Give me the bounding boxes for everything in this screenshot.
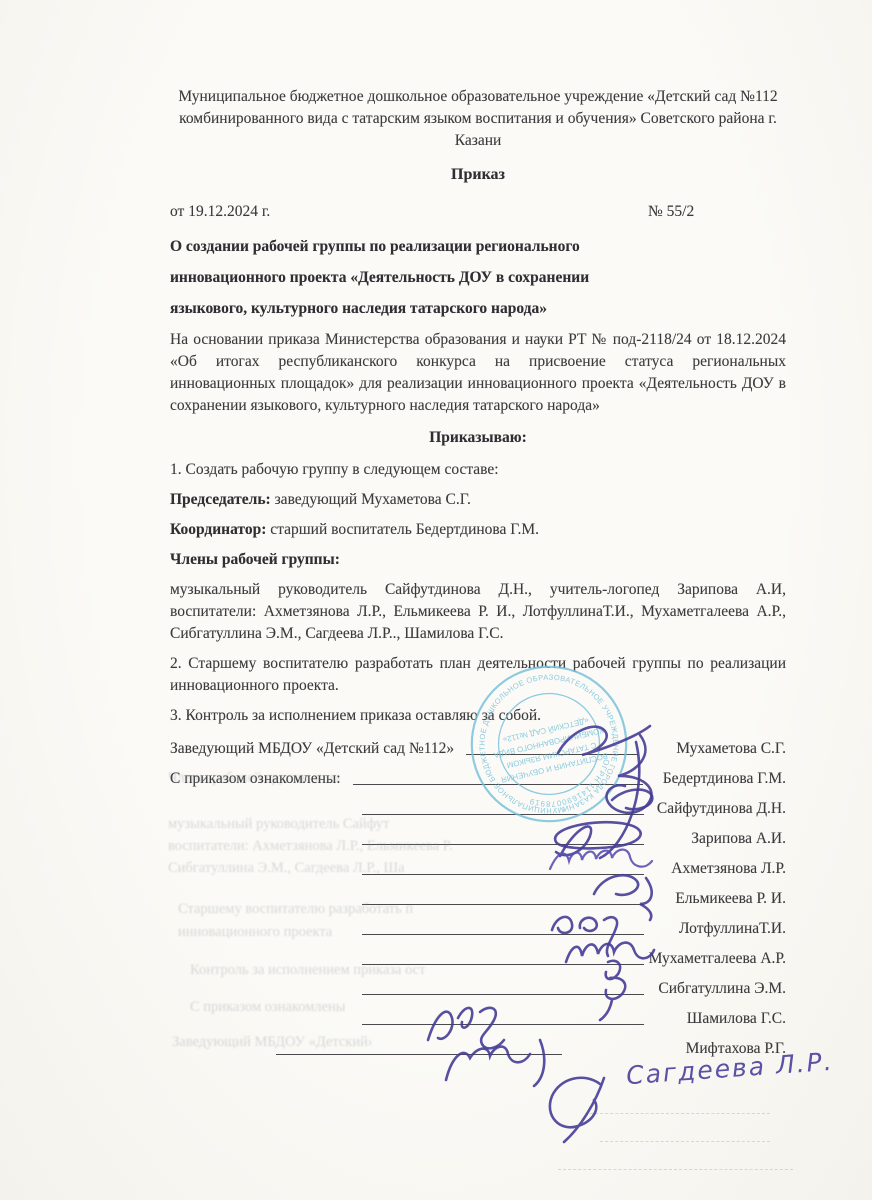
signature-name: Бедертдинова Г.М. xyxy=(663,768,786,792)
subject-line: О создании рабочей группы по реализации … xyxy=(170,236,786,258)
coordinator-label: Координатор: xyxy=(170,521,266,538)
chairman-line: Председатель: заведующий Мухаметова С.Г. xyxy=(170,489,786,511)
item-2: 2. Старшему воспитателю разработать план… xyxy=(170,653,786,697)
signature-line xyxy=(362,992,644,995)
document-number: № 55/2 xyxy=(648,201,694,223)
signature-name: Зарипова А.И. xyxy=(691,828,786,852)
signature-name: Мухаметова С.Г. xyxy=(676,738,786,762)
signature-line xyxy=(362,872,644,875)
org-header-line: комбинированного вида с татарским языком… xyxy=(170,108,786,130)
signature-name: Ахметзянова Л.Р. xyxy=(671,858,786,882)
document-body: Муниципальное бюджетное дошкольное образ… xyxy=(170,86,786,1062)
basis-paragraph: На основании приказа Министерства образо… xyxy=(170,329,786,417)
scan-artifact-line xyxy=(585,1113,770,1114)
signature-block: Заведующий МБДОУ «Детский сад №112»Мухам… xyxy=(170,732,786,1062)
members-paragraph: музыкальный руководитель Сайфутдинова Д.… xyxy=(170,579,786,645)
coordinator-line: Координатор: старший воспитатель Бедертд… xyxy=(170,519,786,541)
signature-row: Сибгатуллина Э.М. xyxy=(170,972,786,1002)
signature-row: Зарипова А.И. xyxy=(170,822,786,852)
subject-line: инновационного проекта «Деятельность ДОУ… xyxy=(170,267,786,289)
document-subject: О создании рабочей группы по реализации … xyxy=(170,236,786,320)
chairman-value: заведующий Мухаметова С.Г. xyxy=(275,491,471,508)
document-date: от 19.12.2024 г. xyxy=(170,201,270,223)
signature-row: С приказом ознакомлены:Бедертдинова Г.М. xyxy=(170,762,786,792)
date-number-row: от 19.12.2024 г. № 55/2 xyxy=(170,201,786,223)
signature-line xyxy=(276,1052,562,1055)
signature-line xyxy=(362,1022,644,1025)
signature-row: Шамилова Г.С. xyxy=(170,1002,786,1032)
scan-artifact-line xyxy=(558,1169,793,1170)
signature-row-label: С приказом ознакомлены: xyxy=(170,768,341,792)
signature-name: ЛотфуллинаТ.И. xyxy=(679,918,786,942)
org-header-line: Казани xyxy=(170,130,786,152)
signature-row-label: Заведующий МБДОУ «Детский сад №112» xyxy=(170,738,454,762)
signature-line xyxy=(362,812,644,815)
signature-line xyxy=(466,752,638,755)
signature-name: Мухаметгалеева А.Р. xyxy=(649,948,786,972)
scanned-order-document: Муниципальное бюджетное дошкольное образ… xyxy=(0,0,872,1200)
signature-line xyxy=(353,782,643,785)
signature-scribble xyxy=(550,1078,604,1142)
signature-name: Ельмикеева Р. И. xyxy=(675,888,786,912)
signature-row: Ельмикеева Р. И. xyxy=(170,882,786,912)
item-1: 1. Создать рабочую группу в следующем со… xyxy=(170,459,786,481)
signature-name: Сибгатуллина Э.М. xyxy=(658,978,786,1002)
members-label: Члены рабочей группы: xyxy=(170,549,786,571)
item-3: 3. Контроль за исполнением приказа остав… xyxy=(170,705,786,727)
subject-line: языкового, культурного наследия татарско… xyxy=(170,298,786,320)
document-title: Приказ xyxy=(170,164,786,186)
signature-row: ЛотфуллинаТ.И. xyxy=(170,912,786,942)
signature-line xyxy=(362,902,644,905)
signature-row: Заведующий МБДОУ «Детский сад №112»Мухам… xyxy=(170,732,786,762)
coordinator-value: старший воспитатель Бедертдинова Г.М. xyxy=(270,521,539,538)
scan-artifact-line xyxy=(600,1141,770,1142)
signature-name: Сайфутдинова Д.Н. xyxy=(657,798,786,822)
signature-line xyxy=(362,962,644,965)
signature-row: Ахметзянова Л.Р. xyxy=(170,852,786,882)
signature-row: Мухаметгалеева А.Р. xyxy=(170,942,786,972)
chairman-label: Председатель: xyxy=(170,491,271,508)
org-header-line: Муниципальное бюджетное дошкольное образ… xyxy=(170,86,786,108)
order-word: Приказываю: xyxy=(170,427,786,449)
signature-row: Сайфутдинова Д.Н. xyxy=(170,792,786,822)
signature-line xyxy=(362,842,644,845)
signature-line xyxy=(362,932,644,935)
signature-name: Шамилова Г.С. xyxy=(687,1008,786,1032)
